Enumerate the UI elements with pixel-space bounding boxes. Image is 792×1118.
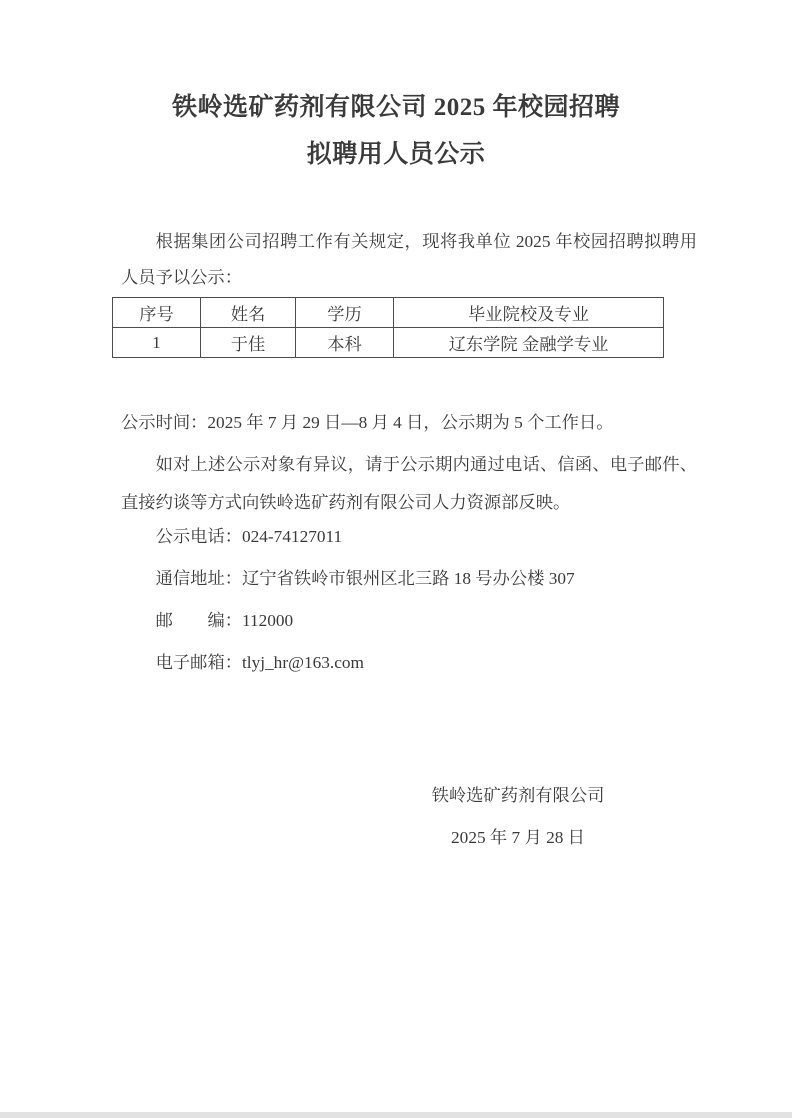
contact-address-line: 通信地址：辽宁省铁岭市银州区北三路 18 号办公楼 307: [121, 558, 697, 600]
hired-candidates-table: 序号 姓名 学历 毕业院校及专业 1 于佳 本科 辽东学院 金融学专业: [112, 297, 664, 358]
document-page: 铁岭选矿药剂有限公司 2025 年校园招聘 拟聘用人员公示 根据集团公司招聘工作…: [0, 0, 792, 1118]
page-bottom-edge: [0, 1112, 792, 1118]
col-header-index: 序号: [113, 298, 201, 328]
publicity-period-line: 公示时间：2025 年 7 月 29 日—8 月 4 日，公示期为 5 个工作日…: [121, 402, 697, 444]
contact-email-line: 电子邮箱：tlyj_hr@163.com: [121, 642, 697, 684]
contact-block: 公示电话：024-74127011 通信地址：辽宁省铁岭市银州区北三路 18 号…: [121, 516, 697, 684]
col-header-education: 学历: [296, 298, 394, 328]
signature-date: 2025 年 7 月 28 日: [408, 817, 628, 859]
cell-index: 1: [113, 328, 201, 358]
intro-line-1: 根据集团公司招聘工作有关规定，现将我单位 2025 年校园招聘拟聘用: [121, 224, 697, 260]
table-row: 1 于佳 本科 辽东学院 金融学专业: [113, 328, 664, 358]
intro-paragraph: 根据集团公司招聘工作有关规定，现将我单位 2025 年校园招聘拟聘用 人员予以公…: [121, 224, 697, 296]
objection-line-1: 如对上述公示对象有异议，请于公示期内通过电话、信函、电子邮件、: [121, 446, 697, 484]
col-header-name: 姓名: [201, 298, 296, 328]
signature-company: 铁岭选矿药剂有限公司: [408, 775, 628, 817]
objection-paragraph: 如对上述公示对象有异议，请于公示期内通过电话、信函、电子邮件、 直接约谈等方式向…: [121, 446, 697, 522]
title-line-2: 拟聘用人员公示: [0, 131, 792, 178]
contact-postcode-line: 邮 编：112000: [121, 600, 697, 642]
contact-phone-line: 公示电话：024-74127011: [121, 516, 697, 558]
signature-block: 铁岭选矿药剂有限公司 2025 年 7 月 28 日: [408, 775, 628, 859]
col-header-school-major: 毕业院校及专业: [394, 298, 664, 328]
title-line-1: 铁岭选矿药剂有限公司 2025 年校园招聘: [0, 84, 792, 131]
cell-education: 本科: [296, 328, 394, 358]
cell-school-major: 辽东学院 金融学专业: [394, 328, 664, 358]
cell-name: 于佳: [201, 328, 296, 358]
document-title: 铁岭选矿药剂有限公司 2025 年校园招聘 拟聘用人员公示: [0, 84, 792, 178]
table-header-row: 序号 姓名 学历 毕业院校及专业: [113, 298, 664, 328]
intro-line-2: 人员予以公示：: [121, 260, 697, 296]
